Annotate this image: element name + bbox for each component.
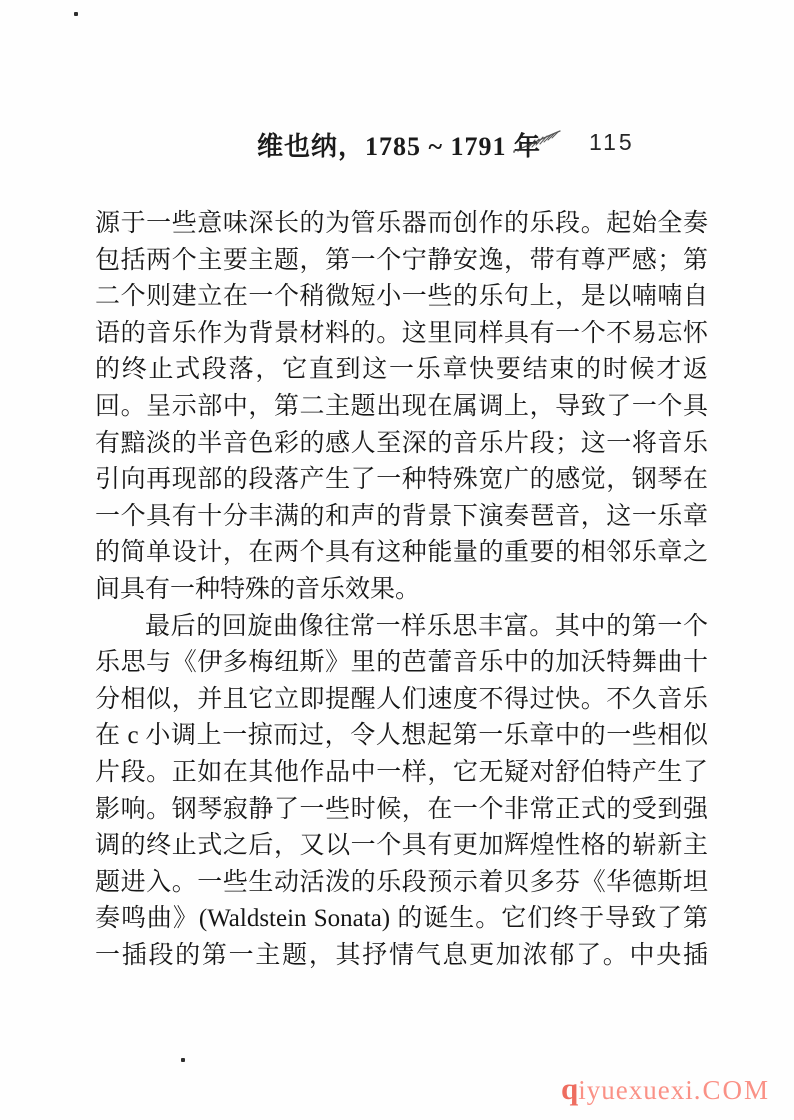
page-number: 115 bbox=[589, 129, 635, 156]
watermark-name: iyuexuexi bbox=[578, 1075, 693, 1105]
watermark: qiyuexuexi.COM bbox=[561, 1071, 770, 1107]
text-line: 在 c 小调上一掠而过，令人想起第一乐章中的一些相似 bbox=[95, 718, 708, 755]
text-line: 有黯淡的半音色彩的感人至深的音乐片段；这一将音乐 bbox=[95, 426, 708, 463]
text-line: 影响。钢琴寂静了一些时候，在一个非常正式的受到强 bbox=[95, 792, 708, 829]
body-text: 源于一些意味深长的为管乐器而创作的乐段。起始全奏 包括两个主要主题，第一个宁静安… bbox=[95, 206, 708, 974]
text-line: 的终止式段落，它直到这一乐章快要结束的时候才返 bbox=[95, 352, 708, 389]
text-line: 回。呈示部中，第二主题出现在属调上，导致了一个具 bbox=[95, 389, 708, 426]
text-line: 引向再现部的段落产生了一种特殊宽广的感觉，钢琴在 bbox=[95, 462, 708, 499]
text-line: 一插段的第一主题，其抒情气息更加浓郁了。中央插 bbox=[95, 938, 708, 975]
text-line: 片段。正如在其他作品中一样，它无疑对舒伯特产生了 bbox=[95, 755, 708, 792]
text-line: 二个则建立在一个稍微短小一些的乐句上，是以喃喃自 bbox=[95, 279, 708, 316]
quill-flourish-icon bbox=[510, 127, 564, 157]
dust-speck bbox=[74, 12, 78, 16]
text-line: 一个具有十分丰满的和声的背景下演奏琶音，这一乐章 bbox=[95, 499, 708, 536]
page-header: 维也纳，1785 ~ 1791 年 115 bbox=[0, 126, 794, 166]
text-line: 乐思与《伊多梅纽斯》里的芭蕾音乐中的加沃特舞曲十 bbox=[95, 645, 708, 682]
text-line: 分相似，并且它立即提醒人们速度不得过快。不久音乐 bbox=[95, 682, 708, 719]
running-title: 维也纳，1785 ~ 1791 年 bbox=[257, 126, 541, 163]
text-line: 题进入。一些生动活泼的乐段预示着贝多芬《华德斯坦 bbox=[95, 865, 708, 902]
book-page: 维也纳，1785 ~ 1791 年 115 源于一些意味深长的为管乐器而创作的乐… bbox=[0, 0, 794, 1120]
text-line: 的简单设计，在两个具有这种能量的重要的相邻乐章之 bbox=[95, 535, 708, 572]
text-line-paragraph-end: 间具有一种特殊的音乐效果。 bbox=[95, 572, 708, 609]
text-line: 调的终止式之后，又以一个具有更加辉煌性格的崭新主 bbox=[95, 828, 708, 865]
text-line: 奏鸣曲》(Waldstein Sonata) 的诞生。它们终于导致了第 bbox=[95, 901, 708, 938]
text-line: 包括两个主要主题，第一个宁静安逸，带有尊严感；第 bbox=[95, 243, 708, 280]
text-line: 源于一些意味深长的为管乐器而创作的乐段。起始全奏 bbox=[95, 206, 708, 243]
watermark-tld: .COM bbox=[694, 1075, 770, 1105]
dust-speck bbox=[181, 1058, 185, 1062]
text-line: 语的音乐作为背景材料的。这里同样具有一个不易忘怀 bbox=[95, 316, 708, 353]
watermark-initial: q bbox=[561, 1071, 578, 1106]
text-line-paragraph-start: 最后的回旋曲像往常一样乐思丰富。其中的第一个 bbox=[95, 609, 708, 646]
